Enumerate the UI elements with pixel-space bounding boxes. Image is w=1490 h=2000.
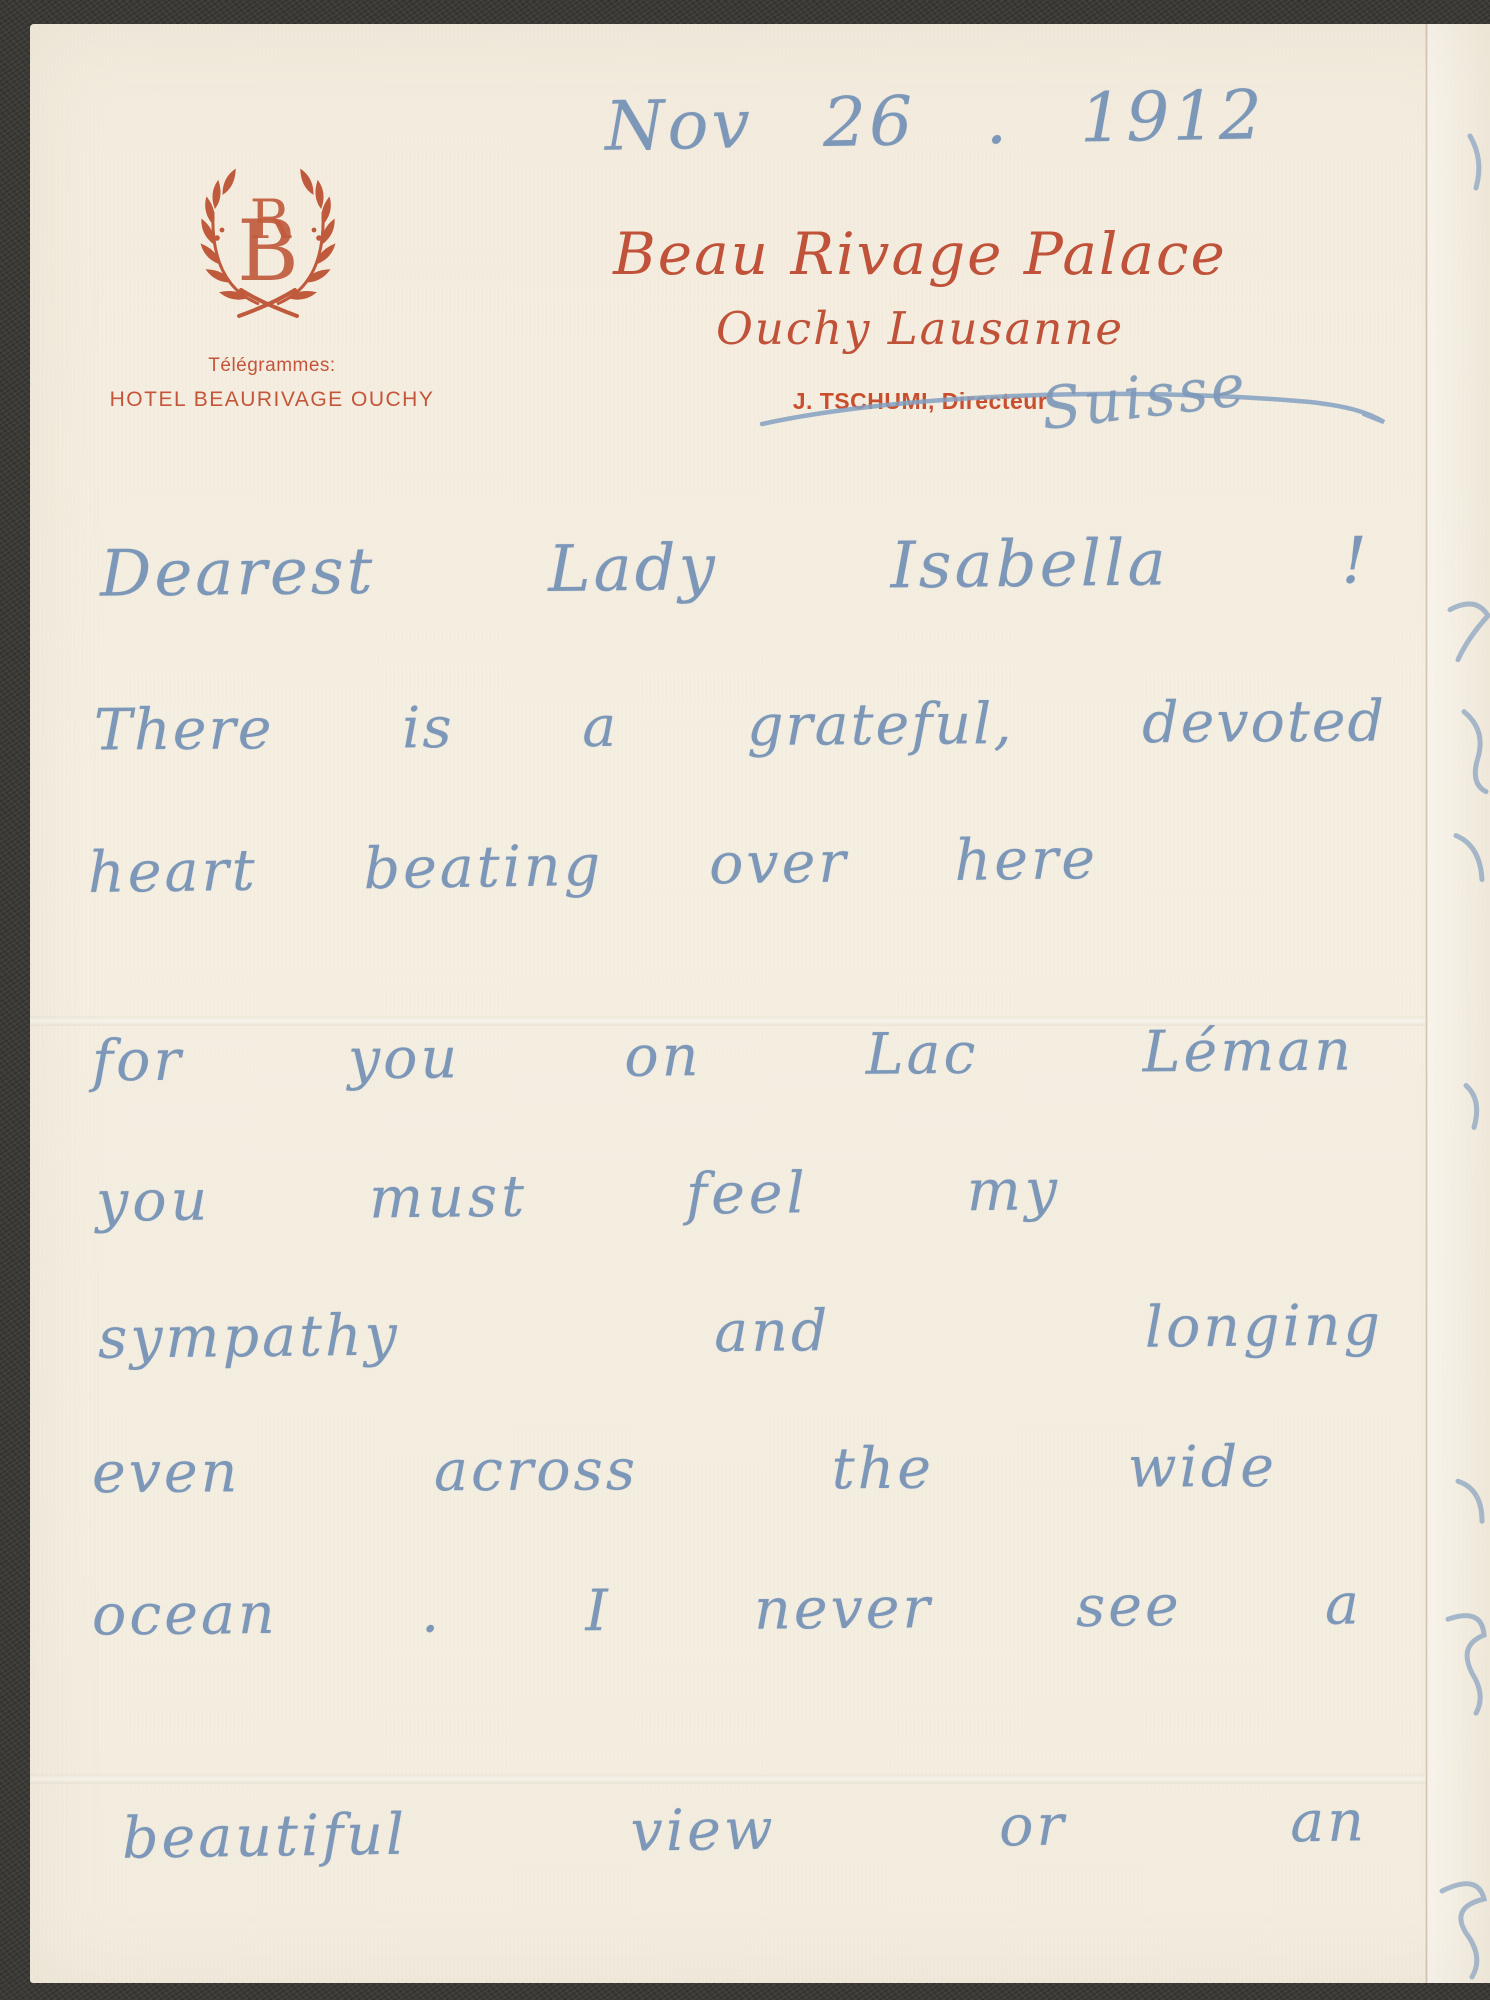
telegrams-label: Télégrammes: — [72, 355, 472, 377]
handwritten-date: Nov 26 . 1912 — [604, 82, 1265, 162]
adjacent-page-ink-fragments — [1420, 24, 1490, 1983]
hotel-monogram-logo: R B — [170, 168, 366, 320]
handwritten-salutation: Dearest Lady Isabella ! — [100, 529, 1371, 606]
handwritten-line: heart beating over here — [88, 831, 1099, 902]
horizontal-fold-crease — [30, 1774, 1425, 1784]
letter-sheet: R B Télégrammes: HOTEL BEAURIVAGE OUCHY … — [30, 24, 1490, 1983]
hotel-name: Beau Rivage Palace — [570, 220, 1270, 288]
hotel-location: Ouchy Lausanne — [570, 302, 1270, 355]
handwritten-line: ocean . I never see a — [92, 1576, 1362, 1644]
monogram-letter-b: B — [237, 202, 299, 300]
handwritten-line: even across the wide — [92, 1439, 1277, 1502]
telegraph-address: HOTEL BEAURIVAGE OUCHY — [52, 388, 492, 412]
handwritten-line: There is a grateful, devoted — [94, 693, 1386, 759]
handwritten-line: beautiful view or an — [122, 1793, 1368, 1867]
handwritten-line: you must feel my — [96, 1162, 1062, 1231]
handwritten-line: for you on Lac Léman — [92, 1022, 1354, 1090]
handwritten-line: sympathy and longing — [98, 1297, 1384, 1367]
